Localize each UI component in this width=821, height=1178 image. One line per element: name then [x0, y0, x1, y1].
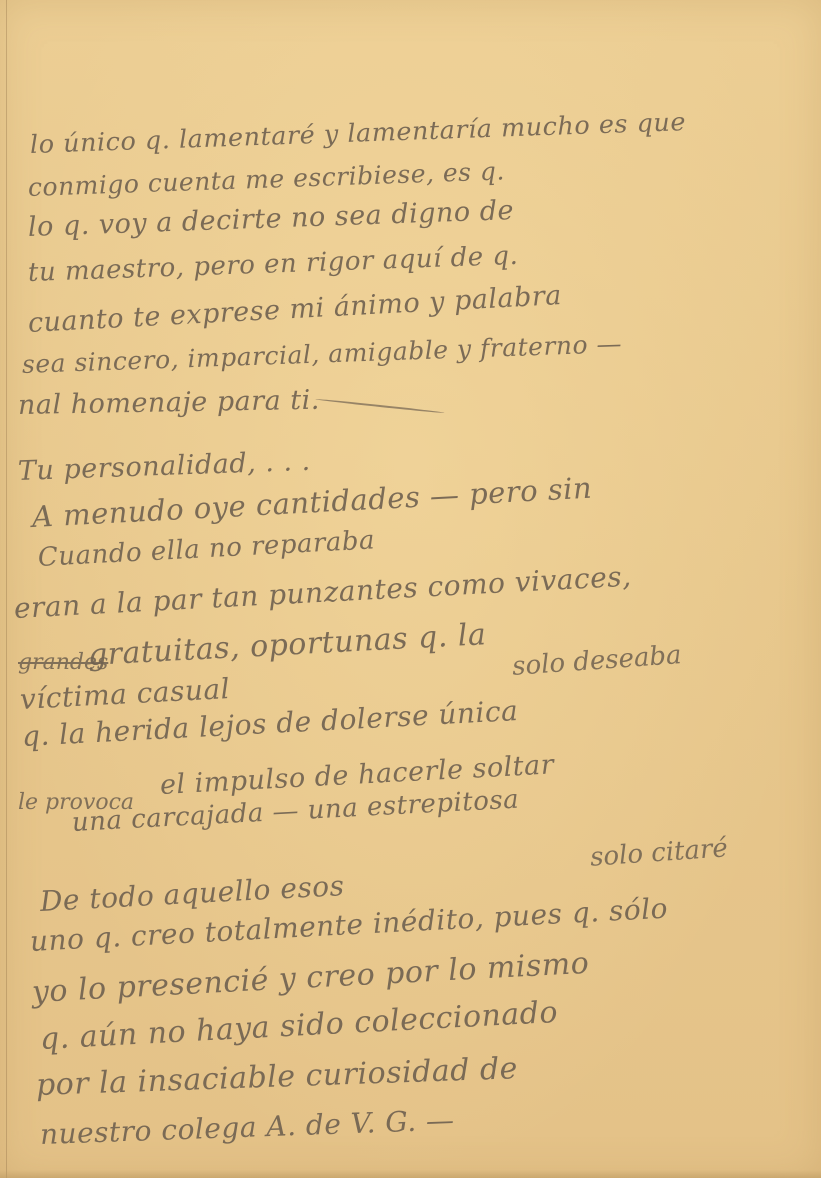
manuscript-line-13: víctima casual: [19, 672, 231, 716]
manuscript-line-5: cuanto te exprese mi ánimo y palabra: [27, 280, 562, 339]
manuscript-line-4: tu maestro, pero en rigor aquí de q.: [27, 241, 518, 288]
manuscript-line-6: sea sincero, imparcial, amigable y frate…: [21, 329, 622, 379]
manuscript-line-7: nal homenaje para ti.: [18, 385, 320, 421]
manuscript-line-21: por la insaciable curiosidad de: [35, 1051, 518, 1103]
struck-word: grandes: [18, 650, 108, 675]
interlinear-insertion: solo citaré: [589, 833, 729, 873]
manuscript-line-12: gratuitas, oportunas q. la: [87, 617, 487, 673]
manuscript-line-3: lo q. voy a decirte no sea digno de: [27, 195, 514, 243]
manuscript-line-1: lo único q. lamentaré y lamentaría mucho…: [29, 107, 686, 159]
interlinear-insertion: solo deseaba: [511, 640, 682, 682]
manuscript-line-10: Cuando ella no reparaba: [37, 525, 376, 573]
manuscript-page: lo único q. lamentaré y lamentaría mucho…: [0, 0, 821, 1178]
manuscript-line-8: Tu personalidad, . . .: [17, 446, 311, 487]
manuscript-line-2: conmigo cuenta me escribiese, es q.: [27, 156, 505, 202]
section-divider-rule: [315, 398, 444, 414]
manuscript-line-22: nuestro colega A. de V. G. —: [39, 1104, 455, 1151]
paper-left-edge: [6, 0, 7, 1178]
paper-bottom-edge: [0, 1170, 821, 1178]
